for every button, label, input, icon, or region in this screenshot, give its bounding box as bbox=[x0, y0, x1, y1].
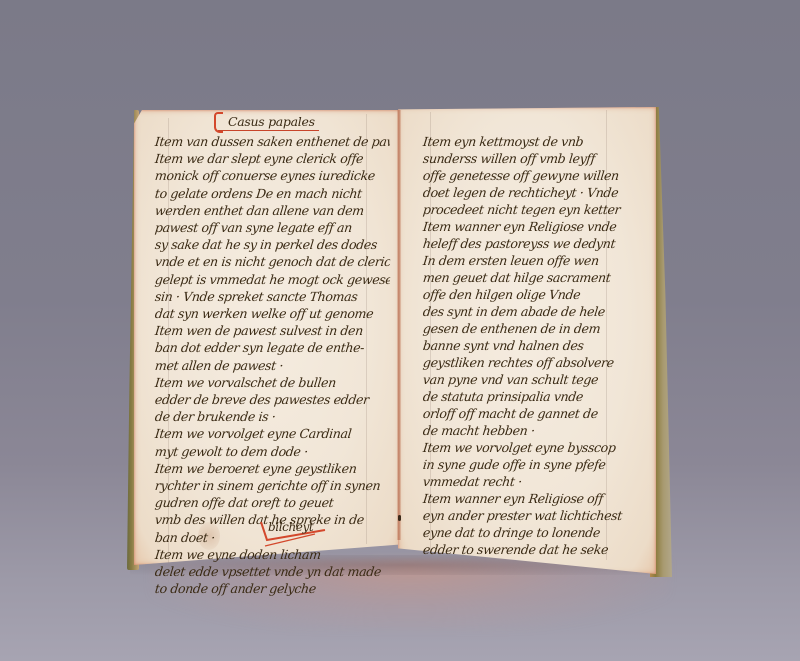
text-line: heleff des pastoreyss we dedynt bbox=[422, 235, 649, 252]
text-line: sin · Vnde spreket sancte Thomas bbox=[154, 288, 391, 305]
text-line: Item we vorvalschet de bullen bbox=[154, 374, 391, 391]
text-line: de statuta prinsipalia vnde bbox=[422, 388, 649, 405]
text-line: Item van dussen saken enthenet de pawest bbox=[154, 133, 391, 150]
text-line: ban dot edder syn legate de enthe- bbox=[154, 339, 391, 356]
text-line: banne synt vnd halnen des bbox=[422, 337, 649, 354]
text-line: geystliken rechtes off absolvere bbox=[422, 354, 649, 371]
text-line: vnde et en is nicht genoch dat de cleric… bbox=[154, 253, 391, 270]
text-line: edder to swerende dat he seke bbox=[422, 541, 649, 558]
text-line: Item we beroeret eyne geystliken bbox=[154, 460, 391, 477]
text-line: delet edde vpsettet vnde yn dat made bbox=[154, 563, 391, 580]
text-line: gesen de enthenen de in dem bbox=[422, 320, 649, 337]
text-line: Item eyn kettmoyst de vnb bbox=[422, 133, 649, 150]
text-line: Item wanner eyn Religiose off bbox=[422, 490, 649, 507]
text-line: Item we vorvolget eyne bysscop bbox=[422, 439, 649, 456]
photo-scene: Casus papales Item van dussen saken enth… bbox=[0, 0, 800, 661]
text-line: Item we vorvolget eyne Cardinal bbox=[154, 425, 391, 442]
text-line: werden enthet dan allene van dem bbox=[154, 202, 391, 219]
text-line: pawest off van syne legate eff an bbox=[154, 219, 391, 236]
text-line: Item wanner eyn Religiose vnde bbox=[422, 218, 649, 235]
text-line: procedeet nicht tegen eyn ketter bbox=[422, 201, 649, 218]
text-line: to gelate ordens De en mach nicht bbox=[154, 185, 391, 202]
text-line: to donde off ander gelyche bbox=[154, 580, 391, 597]
text-line: sunderss willen off vmb leyff bbox=[422, 150, 649, 167]
text-line: eyn ander prester wat lichtichest bbox=[422, 507, 649, 524]
text-line: edder de breve des pawestes edder bbox=[154, 391, 391, 408]
text-line: offe genetesse off gewyne willen bbox=[422, 167, 649, 184]
text-line: eyne dat to dringe to lonende bbox=[422, 524, 649, 541]
text-line: offe den hilgen olige Vnde bbox=[422, 286, 649, 303]
text-line: in syne gude offe in syne pfefe bbox=[422, 456, 649, 473]
text-line: monick off conuerse eynes iuredicke bbox=[154, 167, 391, 184]
text-line: doet legen de rechticheyt · Vnde bbox=[422, 184, 649, 201]
text-line: des synt in dem abade de hele bbox=[422, 303, 649, 320]
text-line: met allen de pawest · bbox=[154, 357, 391, 374]
text-line: In dem ersten leuen offe wen bbox=[422, 252, 649, 269]
text-line: van pyne vnd van schult tege bbox=[422, 371, 649, 388]
book-gutter bbox=[397, 110, 401, 540]
left-page-heading: Casus papales bbox=[218, 114, 319, 131]
text-line: sy sake dat he sy in perkel des dodes bbox=[154, 236, 391, 253]
binding-hole bbox=[398, 515, 401, 521]
text-line: rychter in sinem gerichte off in synen bbox=[154, 477, 391, 494]
text-line: Item wen de pawest sulvest in den bbox=[154, 322, 391, 339]
text-line: dat syn werken welke off ut genome bbox=[154, 305, 391, 322]
text-line: gelept is vmmedat he mogt ock gewesen bbox=[154, 271, 391, 288]
right-page-text: Item eyn kettmoyst de vnb sunderss wille… bbox=[423, 133, 648, 558]
text-line: gudren offe dat oreft to geuet bbox=[154, 494, 391, 511]
text-line: orloff off macht de gannet de bbox=[422, 405, 649, 422]
text-line: de der brukende is · bbox=[154, 408, 391, 425]
text-line: Item we dar slept eyne clerick offe bbox=[154, 150, 391, 167]
explicit-word: bilcheyt bbox=[268, 520, 313, 534]
text-line: men geuet dat hilge sacrament bbox=[422, 269, 649, 286]
text-line: myt gewolt to dem dode · bbox=[154, 443, 391, 460]
text-line: vmmedat recht · bbox=[422, 473, 649, 490]
text-line: de macht hebben · bbox=[422, 422, 649, 439]
